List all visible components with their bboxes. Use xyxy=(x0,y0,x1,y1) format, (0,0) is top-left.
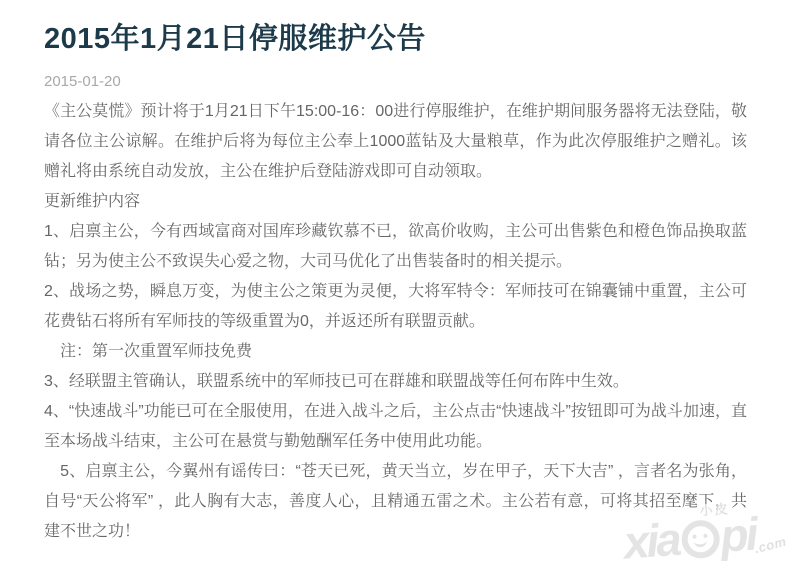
publish-date: 2015-01-20 xyxy=(44,73,747,91)
paragraph-maintenance-intro: 《主公莫慌》预计将于1月21日下午15:00-16：00进行停服维护，在维护期间… xyxy=(44,97,747,187)
paragraph-item-2: 2、战场之势，瞬息万变，为使主公之策更为灵便，大将军特令：军师技可在锦囊铺中重置… xyxy=(44,277,747,337)
paragraph-item-1: 1、启禀主公，今有西域富商对国库珍藏钦慕不已，欲高价收购，主公可出售紫色和橙色饰… xyxy=(44,217,747,277)
article-body: 《主公莫慌》预计将于1月21日下午15:00-16：00进行停服维护，在维护期间… xyxy=(44,97,747,547)
paragraph-item-2-note: 注：第一次重置军师技免费 xyxy=(44,337,747,367)
page-title: 2015年1月21日停服维护公告 xyxy=(44,20,747,58)
paragraph-item-5: 5、启禀主公，今翼州有谣传曰：“苍天已死，黄天当立，岁在甲子，天下大吉” ，言者… xyxy=(44,457,747,547)
paragraph-item-4: 4、“快速战斗”功能已可在全服使用，在进入战斗之后，主公点击“快速战斗”按钮即可… xyxy=(44,397,747,457)
section-heading-update-content: 更新维护内容 xyxy=(44,187,747,217)
announcement-page: 2015年1月21日停服维护公告 2015-01-20 《主公莫慌》预计将于1月… xyxy=(44,20,747,547)
paragraph-item-3: 3、经联盟主管确认，联盟系统中的军师技已可在群雄和联盟战等任何布阵中生效。 xyxy=(44,367,747,397)
watermark-domain-suffix: .com xyxy=(753,534,788,556)
